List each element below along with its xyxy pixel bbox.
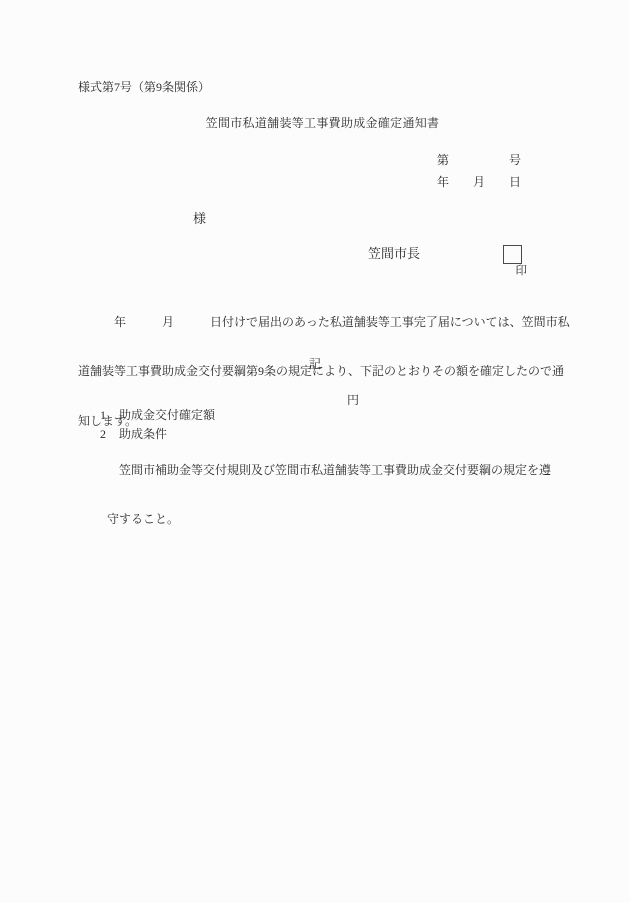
list-item-2-number: 2 bbox=[100, 427, 106, 442]
body-line-1: 年 月 日付けで届出のあった私道舗装等工事完了届については、笠間市私 bbox=[78, 313, 572, 332]
detail-line-1: 笠間市補助金等交付規則及び笠間市私道舗装等工事費助成金交付要綱の規定を遵 bbox=[107, 461, 567, 480]
sender-title: 笠間市長 bbox=[368, 246, 420, 262]
seal-box: 印 bbox=[503, 245, 522, 264]
list-item-1-unit-yen: 円 bbox=[347, 393, 359, 408]
document-page: 様式第7号（第9条関係） 笠間市私道舗装等工事費助成金確定通知書 第 号 年 月… bbox=[0, 0, 630, 903]
document-number-line: 第 号 bbox=[437, 153, 521, 168]
seal-character: 印 bbox=[516, 265, 528, 277]
form-number: 様式第7号（第9条関係） bbox=[78, 80, 210, 95]
record-marker: 記 bbox=[0, 357, 630, 372]
detail-line-2: 守すること。 bbox=[107, 510, 567, 529]
document-date-line: 年 月 日 bbox=[437, 175, 521, 190]
list-item-2-detail: 笠間市補助金等交付規則及び笠間市私道舗装等工事費助成金交付要綱の規定を遵 守する… bbox=[107, 431, 567, 559]
document-title: 笠間市私道舗装等工事費助成金確定通知書 bbox=[15, 116, 630, 131]
addressee-honorific: 様 bbox=[193, 211, 206, 227]
